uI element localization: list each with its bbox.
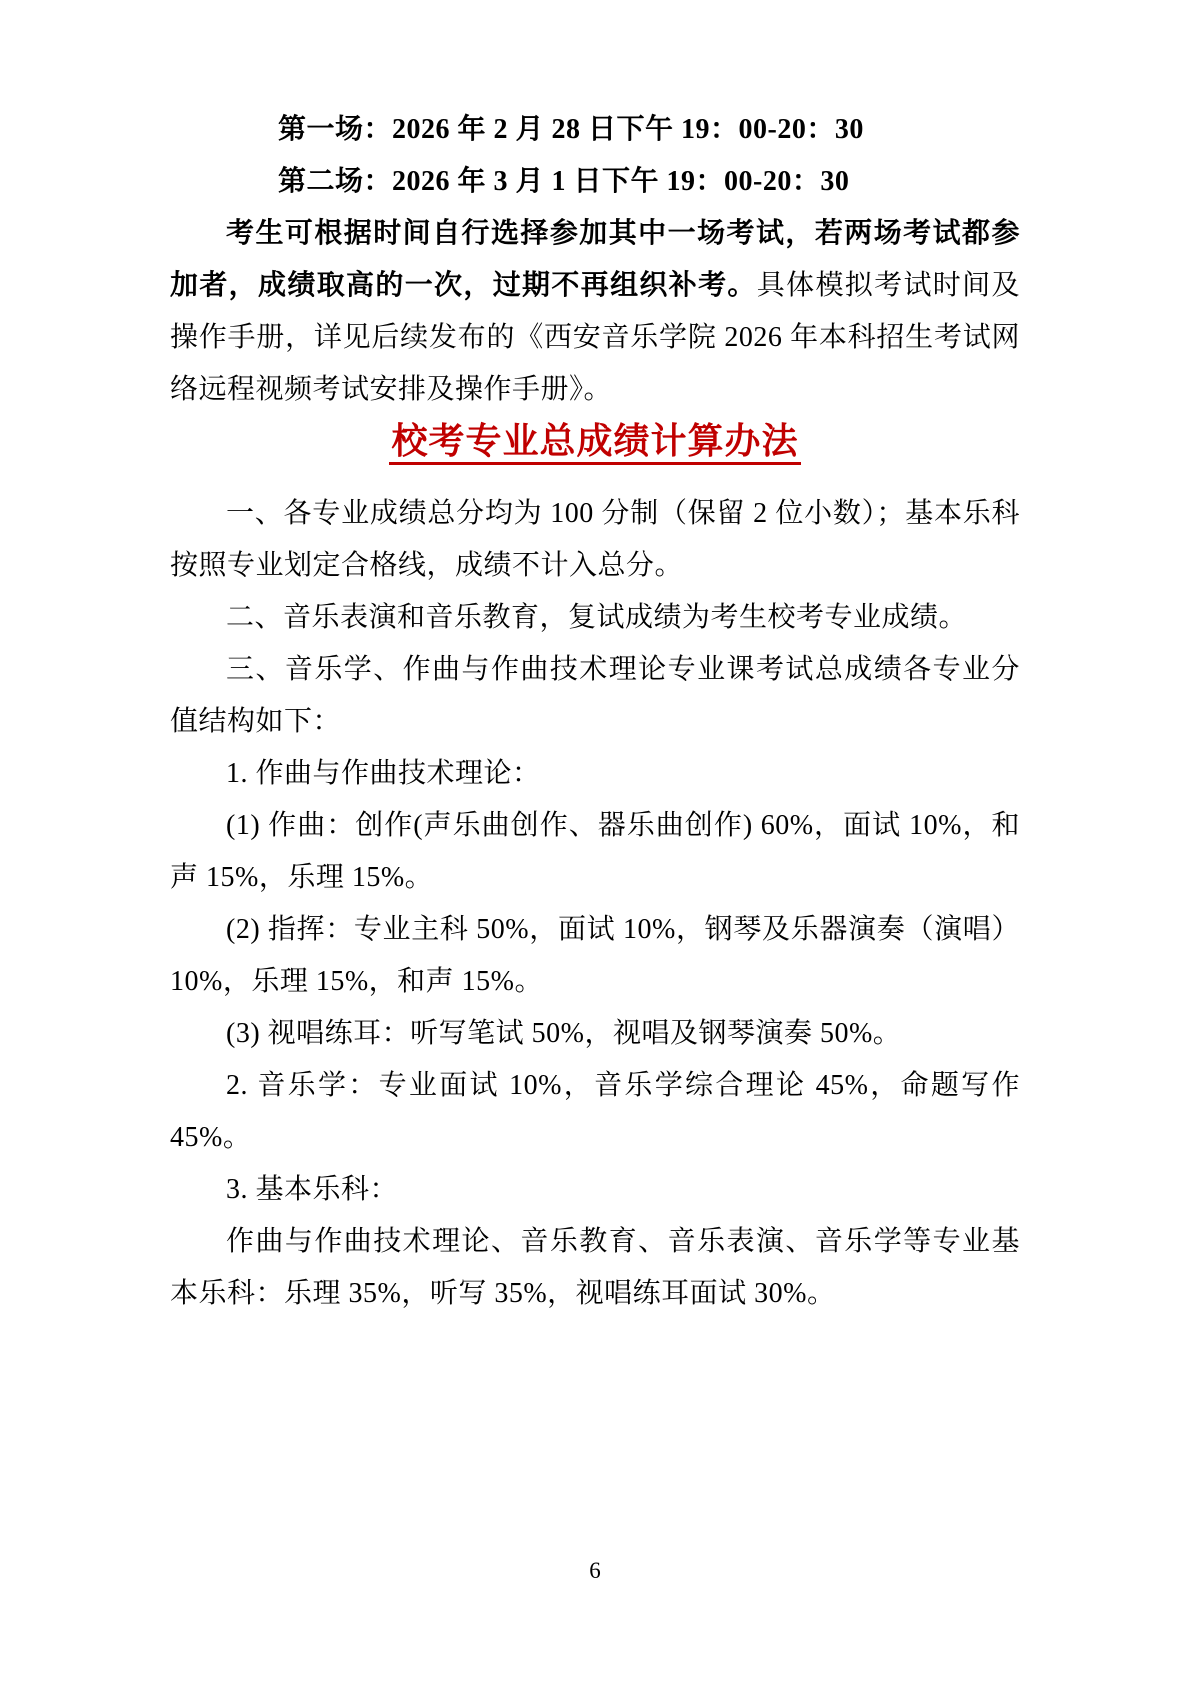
rule-item-9: 3. 基本乐科： bbox=[170, 1164, 1020, 1216]
rules-list: 一、各专业成绩总分均为 100 分制（保留 2 位小数）；基本乐科按照专业划定合… bbox=[170, 488, 1020, 1320]
exam-session-2-line: 第二场：2026 年 3 月 1 日下午 19：00-20：30 bbox=[170, 156, 1020, 208]
intro-paragraph: 考生可根据时间自行选择参加其中一场考试，若两场考试都参加者，成绩取高的一次，过期… bbox=[170, 208, 1020, 416]
document-page: 第一场：2026 年 2 月 28 日下午 19：00-20：30 第二场：20… bbox=[0, 0, 1190, 1683]
rule-item-6: (2) 指挥：专业主科 50%，面试 10%，钢琴及乐器演奏（演唱）10%，乐理… bbox=[170, 904, 1020, 1008]
rule-item-5: (1) 作曲：创作(声乐曲创作、器乐曲创作) 60%，面试 10%，和声 15%… bbox=[170, 800, 1020, 904]
rule-item-8: 2. 音乐学：专业面试 10%，音乐学综合理论 45%，命题写作 45%。 bbox=[170, 1060, 1020, 1164]
document-body: 第一场：2026 年 2 月 28 日下午 19：00-20：30 第二场：20… bbox=[170, 104, 1020, 1320]
page-number: 6 bbox=[0, 1556, 1190, 1586]
rule-item-10: 作曲与作曲技术理论、音乐教育、音乐表演、音乐学等专业基本乐科：乐理 35%，听写… bbox=[170, 1216, 1020, 1320]
exam-session-1-line: 第一场：2026 年 2 月 28 日下午 19：00-20：30 bbox=[170, 104, 1020, 156]
rule-item-3: 三、音乐学、作曲与作曲技术理论专业课考试总成绩各专业分值结构如下： bbox=[170, 644, 1020, 748]
rule-item-1: 一、各专业成绩总分均为 100 分制（保留 2 位小数）；基本乐科按照专业划定合… bbox=[170, 488, 1020, 592]
section-heading: 校考专业总成绩计算办法 bbox=[389, 420, 800, 465]
rule-item-4: 1. 作曲与作曲技术理论： bbox=[170, 748, 1020, 800]
rule-item-2: 二、音乐表演和音乐教育，复试成绩为考生校考专业成绩。 bbox=[170, 592, 1020, 644]
rule-item-7: (3) 视唱练耳：听写笔试 50%，视唱及钢琴演奏 50%。 bbox=[170, 1008, 1020, 1060]
section-heading-row: 校考专业总成绩计算办法 bbox=[170, 416, 1020, 470]
